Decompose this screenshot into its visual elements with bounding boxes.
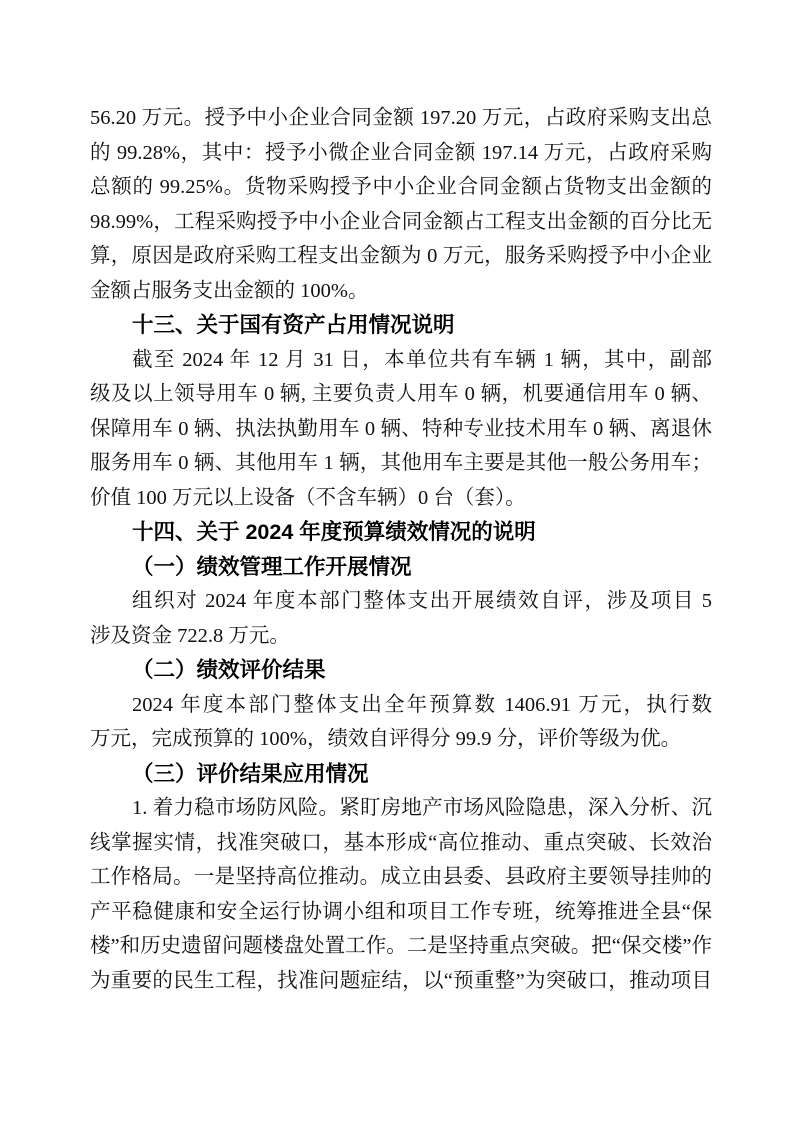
text-line: 1. 着力稳市场防风险。紧盯房地产市场风险隐患，深入分析、沉入一 [90,791,712,826]
section-heading: 十三、关于国有资产占用情况说明 [90,308,712,343]
text-line: 级及以上领导用车 0 辆, 主要负责人用车 0 辆，机要通信用车 0 辆、应急 [90,377,712,412]
text-line: 的 99.28%，其中：授予小微企业合同金额 197.14 万元，占政府采购支出 [90,136,712,171]
text-line: 截至 2024 年 12 月 31 日，本单位共有车辆 1 辆，其中，副部（省） [90,343,712,378]
text-line: 金额占服务支出金额的 100%。 [90,274,712,309]
text-line: 98.99%，工程采购授予中小企业合同金额占工程支出金额的百分比无法计 [90,205,712,240]
subsection-heading: （一）绩效管理工作开展情况 [90,550,712,585]
text-line: 总额的 99.25%。货物采购授予中小企业合同金额占货物支出金额的 [90,170,712,205]
text-line: 56.20 万元。授予中小企业合同金额 197.20 万元，占政府采购支出总额 [90,101,712,136]
text-line: 保障用车 0 辆、执法执勤用车 0 辆、特种专业技术用车 0 辆、离退休干部 [90,412,712,447]
subsection-heading: （二）绩效评价结果 [90,653,712,688]
subsection-heading: （三）评价结果应用情况 [90,757,712,792]
text-line: 产平稳健康和安全运行协调小组和项目工作专班，统筹推进全县“保交 [90,895,712,930]
text-line: 万元，完成预算的 100%，绩效自评得分 99.9 分，评价等级为优。 [90,722,712,757]
text-line: 涉及资金 722.8 万元。 [90,619,712,654]
text-line: 楼”和历史遗留问题楼盘处置工作。二是坚持重点突破。把“保交楼”作 [90,929,712,964]
text-line: 工作格局。一是坚持高位推动。成立由县委、县政府主要领导挂帅的房地 [90,860,712,895]
section-heading: 十四、关于 2024 年度预算绩效情况的说明 [90,515,712,550]
text-line: 服务用车 0 辆、其他用车 1 辆，其他用车主要是其他一般公务用车；单位 [90,446,712,481]
text-line: 为重要的民生工程，找准问题症结，以“预重整”为突破口，推动项目顺 [90,964,712,999]
text-line: 组织对 2024 年度本部门整体支出开展绩效自评，涉及项目 5 个，共 [90,584,712,619]
document-page: 56.20 万元。授予中小企业合同金额 197.20 万元，占政府采购支出总额 … [0,0,793,1122]
text-line: 价值 100 万元以上设备（不含车辆）0 台（套）。 [90,481,712,516]
text-line: 算，原因是政府采购工程支出金额为 0 万元，服务采购授予中小企业合同 [90,239,712,274]
text-line: 2024 年度本部门整体支出全年预算数 1406.91 万元，执行数 1406.… [90,688,712,723]
text-line: 线掌握实情，找准突破口，基本形成“高位推动、重点突破、长效治理” [90,826,712,861]
